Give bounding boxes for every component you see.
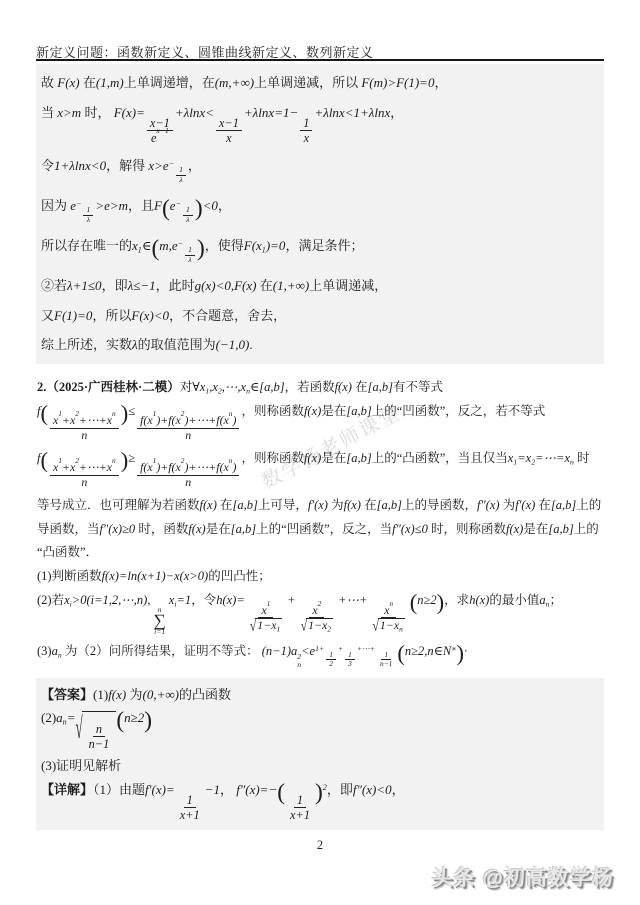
numerator: x1 [258,604,273,619]
subscript: 2 [327,625,331,634]
text-run: ； [549,593,562,607]
text-run: λ+1≤0 [67,278,102,293]
solution-block: 故 F(x) 在(1,m)上单调递增，在(m,+∞)上单调递减，所以 F(m)>… [36,64,604,364]
text-run: 的凹凸性； [208,569,271,583]
text-run: n [297,660,301,669]
text-run: 为（2）问所得结果，证明不等式： [62,644,262,658]
text-run: · [464,644,467,658]
radicand: 1−xn [378,618,405,633]
text-run: >e>m [95,198,128,213]
left-paren: ( [40,447,48,472]
text-run: (3)证明见解析 [41,758,121,773]
text-run: + [338,644,343,653]
text-run: f″(x)≥0 [100,522,136,536]
text-run: f′(x) [515,498,535,512]
text-run: F(x [244,238,262,253]
text-run: 在 [217,498,233,512]
numerator: n [93,722,105,737]
text-run: i=1 [154,627,165,636]
text-run: 的凸函数 [179,687,231,702]
radicand: 1−x2 [306,618,333,633]
text-run: ，令 [191,593,216,607]
text-run: ， [218,198,231,213]
text-run: “凸函数”． [37,545,98,559]
text-run: [a,b] [548,522,573,536]
text-run: ，则称函数 [241,404,304,418]
header-rule [36,59,604,61]
text-line: 令1+λlnx<0，解得 x>e−1λ， [41,157,599,185]
text-run: >0(i=1,2,⋯,n), [72,593,151,607]
text-run: 1 [267,599,271,608]
text-run: 1 [329,651,333,659]
denominator: √1−x1 [247,618,285,633]
fraction: 1λ [183,206,193,225]
fraction: f(x1)+f(x2)+⋯+f(xn)n [137,461,239,489]
text-run: 2.（2025·广西桂林·二模） [37,380,180,394]
text-run: 时 [574,451,590,465]
text-run: f(x [140,461,153,475]
document-page: 数学杨老师课堂 新定义问题：函数新定义、圆锥曲线新定义、数列新定义 故 F(x)… [0,0,640,905]
fraction: 1x+1 [287,793,313,822]
text-run: 在 [535,498,551,512]
text-run: 上单调递增，在 [124,75,215,90]
text-run: ，即 [327,782,353,797]
text-run: 在 [352,380,368,394]
fraction: 1λ [176,166,186,185]
text-run: ，且 [128,198,154,213]
text-run: f(x) [304,451,321,465]
text-run: +⋯+ [338,593,367,607]
text-run: n [112,456,116,465]
text-run: 是在 [321,451,346,465]
fraction: x−1ex−1 [147,116,173,145]
text-run: 当 [41,105,57,120]
text-run: <e [301,644,315,658]
text-run: 又 [41,308,54,323]
fraction: 12 [326,651,336,669]
text-run: ， [434,75,447,90]
fraction: 1x [300,116,312,145]
text-run: +⋯+x [79,414,112,428]
text-run: 【答案】 [41,687,93,702]
text-run: )+f(x [156,461,180,475]
text-run: 1 [86,206,90,215]
text-run: 为 [126,687,142,702]
text-run: )+f(x [156,414,180,428]
text-run: 所以存在唯一的 [41,238,132,253]
text-run: F(m)>F(1)=0 [361,75,434,90]
numerator: x1+x2+⋯+xn [50,414,119,429]
text-line: (3)an 为（2）问所得结果，证明不等式： (n−1)a2n<e1+12+13… [37,643,603,669]
text-run: ∈[a,b] [250,380,285,394]
text-run: (−1,0) [216,337,250,352]
text-run: (1)判断函数 [37,569,102,583]
text-run: 等号成立．也可理解为若函数 [37,498,200,512]
subscript: n [112,414,116,428]
text-run: )=0 [266,238,286,253]
text-run: ， [390,105,403,120]
text-run: x+1 [290,808,310,822]
text-run: +⋯+ [357,644,375,653]
text-run: =⋯=x [535,451,570,465]
text-run: 1 [186,206,190,215]
summation: n∑i=1 [153,606,165,636]
text-run: 令 [41,158,54,173]
left-paren: ( [116,708,124,734]
radical-sign: √ [301,618,308,635]
radical-sign: √ [75,713,82,748]
text-run: f(x) [188,522,205,536]
denominator: √1−x2 [298,618,336,633]
text-run: [a,b] [346,451,371,465]
text-run: 因为 [41,198,70,213]
text-run: ，解得 [106,158,148,173]
text-run: ②若 [41,278,67,293]
fraction: xn√1−xn [369,604,407,633]
text-run: f″(x)≤0 [392,522,428,536]
text-run: n [112,409,116,418]
text-run: λ≤−1 [128,278,156,293]
subscript: n [389,604,393,618]
text-run: f(x) [506,522,523,536]
text-run: 的最小值 [489,593,539,607]
text-line: (3)证明见解析 [41,757,599,775]
text-run: [a,b] [233,498,258,512]
denominator: x+1 [287,808,313,822]
text-run: ) [232,461,236,475]
text-run: (1,+∞) [273,278,309,293]
text-run: n [399,625,403,634]
numerator: 1 [294,793,306,808]
text-run: F [154,198,162,213]
text-run: 1 [303,116,309,130]
text-run: n≥2 [124,710,144,725]
text-run: n [389,599,393,608]
text-run: x+1 [180,808,200,822]
text-line: f(x1+x2+⋯+xnn)≥f(x1)+f(x2)+⋯+f(xn)n，则称函数… [37,450,603,490]
text-run: +λlnx=1− [244,105,298,120]
text-run: f″(x)=− [236,782,277,797]
text-run: 上的“凹函数”，反之，当 [256,522,392,536]
fraction: x−1x [216,116,242,145]
text-run: +λlnx< [175,105,214,120]
denominator: n [78,429,90,443]
fraction: f(x1)+f(x2)+⋯+f(xn)n [137,414,239,442]
text-run: f″(x)<0 [353,782,392,797]
superscript: 1+12+13+⋯+1n−1 [315,644,397,653]
text-run: )+⋯+f(x [184,414,228,428]
text-run: f′(x) [308,498,328,512]
text-run: 的取值范围为 [138,337,216,352]
text-run: λ [179,176,182,185]
text-run: 上单调递减， [309,278,387,293]
text-run: f(x) [304,404,321,418]
text-run: h(x) [469,593,489,607]
text-run: 1 [348,651,352,659]
text-run: ，则称函数 [241,451,304,465]
text-run: +λlnx<1+λlnx [314,105,390,120]
text-run: λ [186,216,189,225]
fraction: x2√1−x2 [298,604,336,633]
right-paren: ) [315,779,323,805]
text-run: ，即 [102,278,128,293]
text-run: (0,+∞) [143,687,179,702]
fraction: nn−1 [86,722,113,751]
numerator: 1 [300,116,312,131]
answer-block: 【答案】(1)f(x) 为(0,+∞)的凸函数(2)an=√nn−1(n≥2)(… [36,678,604,830]
text-run: ,⋯,x [222,380,246,394]
text-run: n≥2 [417,593,436,607]
denominator: n [182,476,194,490]
text-run: n [96,722,102,736]
text-run: =1 [177,593,192,607]
fraction: 1n−1 [377,651,395,669]
right-paren: ) [197,236,205,262]
radical: √nn−1 [75,711,116,751]
text-run: 1−x [308,618,327,632]
numerator: x2 [309,604,324,619]
text-run: 故 [41,75,57,90]
text-run: F(x)= [114,105,145,120]
text-run: n−1 [380,660,392,668]
problem-block: 2.（2025·广西桂林·二模）对∀x1,x2,⋯,xn∈[a,b]，若函数f(… [36,374,604,674]
text-run: x [226,131,231,145]
text-run: [a,b] [346,404,371,418]
text-run: x [304,131,309,145]
text-line: 因为 e−1λ>e>m，且F(e−1λ)<0， [41,197,599,225]
text-run: 【详解】 [41,782,93,797]
text-run: ，不合题意，舍去， [169,308,286,323]
text-run: +x [62,414,75,428]
subscript: n [112,461,116,475]
superscript: −1λ [176,199,195,208]
text-run: 时， [81,105,114,120]
text-run: ≥ [128,451,135,465]
text-run: ，使得 [205,238,244,253]
text-run: − [178,239,183,248]
text-run: 1−x [257,618,276,632]
denominator: √1−xn [369,618,407,633]
text-run: F(x) [57,75,79,90]
denominator: n−1 [86,737,113,751]
text-run: (n−1)a [262,644,298,658]
text-run: (2) [41,710,56,725]
brand-watermark: 头条 @初高数学杨 [432,862,614,892]
left-paren: ( [40,400,48,425]
text-run: 为 [328,498,344,512]
text-run: x−1 [219,116,239,130]
numerator: f(x1)+f(x2)+⋯+f(xn) [137,461,239,476]
text-run: [a,b] [368,380,393,394]
text-run: 2 [327,625,331,634]
text-run: ,x [209,380,218,394]
text-run: 1+λlnx<0 [54,158,106,173]
left-paren: ( [277,779,285,805]
fraction: 1λ [185,246,195,265]
denominator: n [78,476,90,490]
text-run: f(x) [335,380,352,394]
left-paren: ( [397,640,405,665]
superscript: −1λ [178,239,197,248]
text-run: ≤ [128,404,135,418]
subscript: 2 [318,604,322,618]
denominator: λ [185,256,194,265]
sub-part: n [297,661,301,669]
text-run: ，所以 [92,308,131,323]
left-paren: ( [162,196,170,222]
text-line: f(x1+x2+⋯+xnn)≤f(x1)+f(x2)+⋯+f(xn)n，则称函数… [37,403,603,443]
text-run: 1−x [380,618,399,632]
text-run: ，满足条件； [285,238,363,253]
numerator: xn [381,604,396,619]
superscript: −1λ [169,159,188,168]
text-line: 故 F(x) 在(1,m)上单调递增，在(m,+∞)上单调递减，所以 F(m)>… [41,74,599,92]
text-run: +x [62,461,75,475]
text-run: 为 [500,498,516,512]
sum-lower: i=1 [154,628,165,636]
text-run: x>e [148,158,168,173]
text-run: 是在 [523,522,548,536]
numerator: x1+x2+⋯+xn [50,461,119,476]
text-run: ， [392,782,405,797]
text-run: 在 [361,498,377,512]
text-run: n [185,476,191,490]
text-run: f(x [140,414,153,428]
radical-sign: √ [372,618,379,635]
sigma-sign: ∑ [153,614,165,629]
denominator: λ [176,176,185,185]
text-run: f′(x)= [145,782,175,797]
text-run: n [185,429,191,443]
denominator: x [223,131,234,145]
text-run: f(x) [108,687,126,702]
radical-sign: √ [250,618,257,635]
denominator: n−1 [377,660,395,668]
text-run: 1 [276,625,280,634]
denominator: n [182,429,194,443]
text-run: F(1)=0 [54,308,92,323]
text-run: 3 [348,660,352,668]
text-line: (2)若xi>0(i=1,2,⋯,n),n∑i=1xi=1，令h(x)=x1√1… [37,592,603,636]
denominator: 2 [326,660,336,668]
text-run: 上单调递减，所以 [254,75,361,90]
fraction: 13 [345,651,355,669]
text-line: (1)判断函数f(x)=ln(x+1)−x(x>0)的凹凸性； [37,568,603,585]
text-run: ，求 [444,593,469,607]
denominator: 3 [345,660,355,668]
text-run: (3) [37,644,52,658]
text-line: (2)an=√nn−1(n≥2) [41,709,599,751]
radical: √1−xn [372,618,404,633]
text-run: 上的 [574,522,599,536]
text-run: n≥2,n∈N [405,644,451,658]
text-run: +⋯+x [79,461,112,475]
text-run: 1 [188,246,192,255]
radicand: nn−1 [82,711,117,751]
text-line: 所以存在唯一的x1∈(m,e−1λ)，使得F(x1)=0，满足条件； [41,237,599,265]
fraction: x1√1−x1 [247,604,285,633]
text-run: ∈ [142,238,152,253]
text-line: 【详解】（1）由题f′(x)=1x+1−1， f″(x)=−(1x+1)2，即f… [41,781,599,822]
text-line: 【答案】(1)f(x) 为(0,+∞)的凸函数 [41,686,599,704]
text-line: 2.（2025·广西桂林·二模）对∀x1,x2,⋯,xn∈[a,b]，若函数f(… [37,379,603,396]
text-run: λ [87,216,90,225]
text-run: + [287,593,295,607]
text-run: 1 [384,651,388,659]
text-run: n [81,476,87,490]
text-run: (m,+∞) [215,75,254,90]
fraction: x1+x2+⋯+xnn [50,414,119,442]
radical: √1−x1 [250,618,282,633]
text-run: ， [220,782,236,797]
text-run: f(x) [344,498,361,512]
text-run: 2 [329,660,333,668]
text-run: − [176,199,181,208]
text-run: 1+ [315,644,324,653]
denominator: ex−1 [148,131,172,145]
subscript: 1 [267,604,271,618]
text-run: ) [232,414,236,428]
text-run: 是在 [206,522,231,536]
text-line: 等号成立．也可理解为若函数f(x) 在[a,b]上可导，f′(x) 为f(x) … [37,497,603,514]
text-run: 上的“凹函数”，反之，若不等式 [372,404,546,418]
fraction: 1x+1 [177,793,203,822]
radicand: 1−x1 [255,618,282,633]
text-run: x>m [57,105,81,120]
text-run: （1）由题 [93,782,145,797]
text-run: f(x)=ln(x+1)−x(x>0) [102,569,209,583]
text-run: 在 [256,278,272,293]
numerator: f(x1)+f(x2)+⋯+f(xn) [137,414,239,429]
text-run: 上的 [576,498,601,512]
text-run: −1 [205,782,220,797]
superscript: −1λ [76,199,95,208]
numerator: 1 [184,793,196,808]
text-run: n−1 [89,737,110,751]
right-paren: ) [456,640,464,665]
text-run: 上的导函数， [402,498,477,512]
text-run: 上的“凸函数”，当且仅当 [372,451,508,465]
text-run: 1 [187,793,193,807]
radical: √1−x2 [301,618,333,633]
text-run: (1) [93,687,108,702]
text-run: h(x)= [216,593,245,607]
text-run: m,e [159,238,177,253]
text-line: 导函数，当f″(x)≥0 时，函数f(x)是在[a,b]上的“凹函数”，反之，当… [37,521,603,538]
text-run: (2)若 [37,593,64,607]
text-run: 综上所述，实数 [41,337,132,352]
text-run: (1,m) [96,75,124,90]
text-run: <0 [203,198,218,213]
text-run: f(x) [200,498,217,512]
denominator: λ [84,216,93,225]
text-run: 1 [297,793,303,807]
text-run: 2 [318,599,322,608]
text-line: 又F(1)=0，所以F(x)<0，不合题意，舍去， [41,307,599,325]
text-line: ②若λ+1≤0，即λ≤−1，此时g(x)<0,F(x) 在(1,+∞)上单调递减… [41,277,599,295]
text-run: 上可导， [258,498,308,512]
page-number: 2 [0,838,640,853]
denominator: x [301,131,312,145]
text-run: 时，函数 [135,522,188,536]
text-line: “凸函数”． [37,544,603,561]
text-run: 有不等式 [393,380,443,394]
right-paren: ) [144,708,152,734]
text-run: − [169,159,174,168]
text-run: − [76,199,81,208]
text-run: . [249,337,252,352]
right-paren: ) [195,196,203,222]
